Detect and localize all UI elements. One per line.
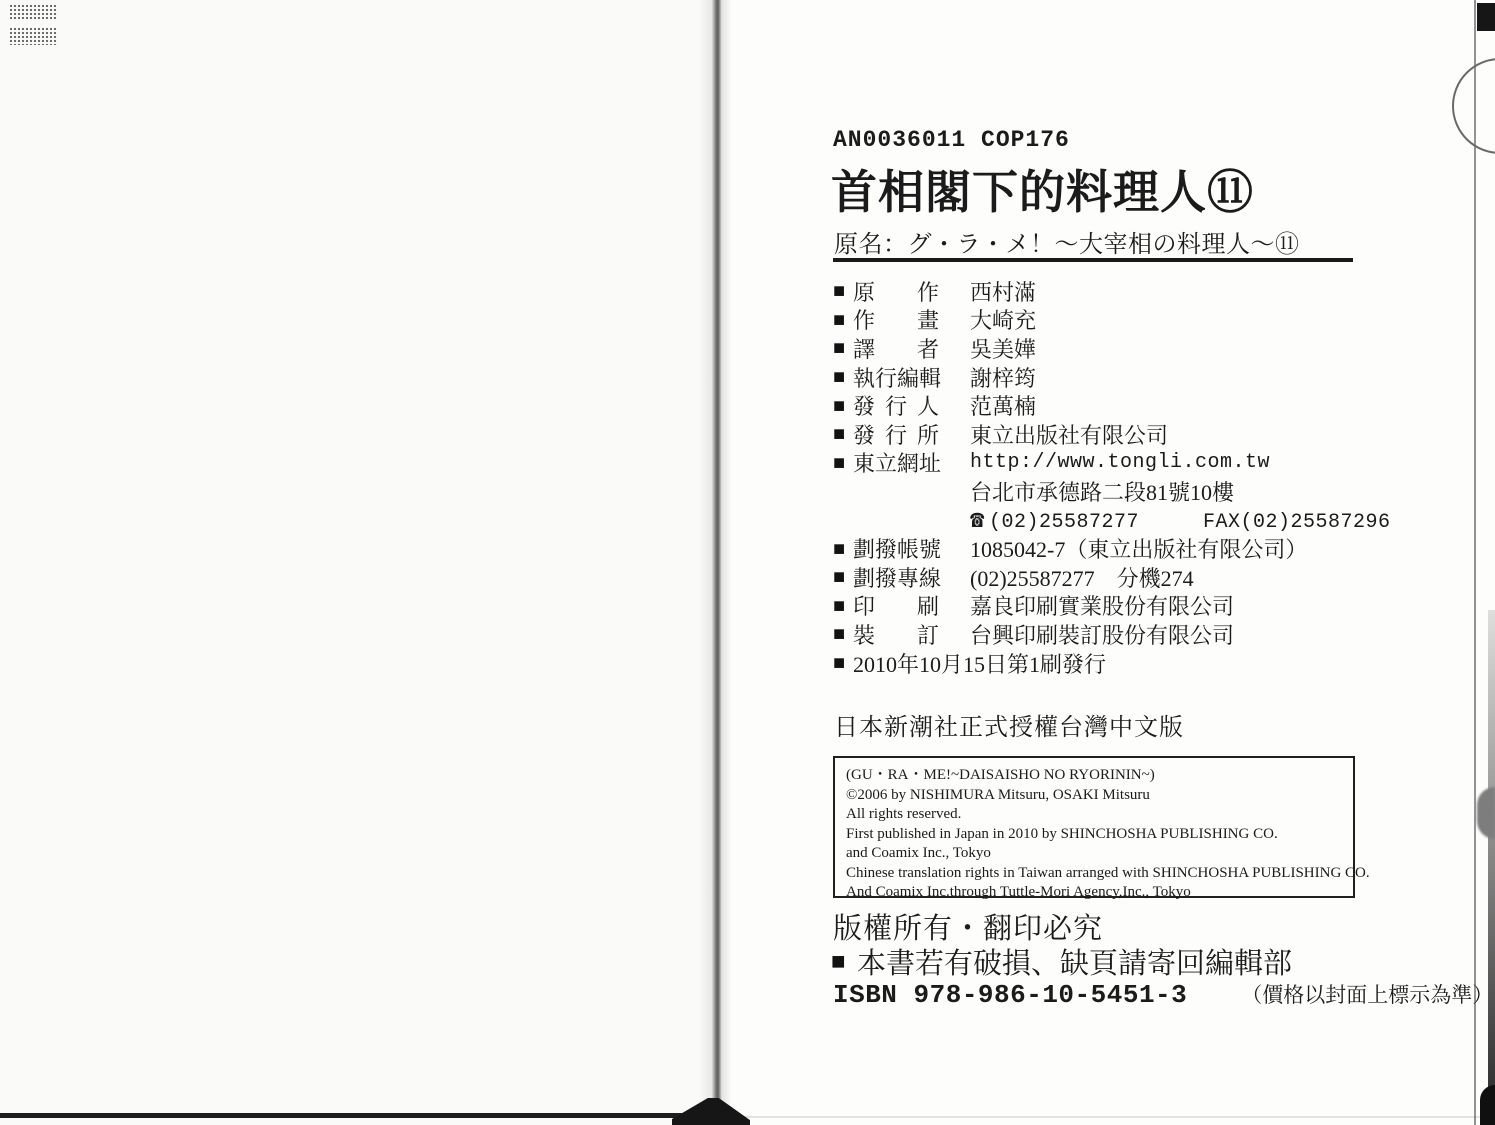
credit-label: 發行所 [853, 419, 939, 450]
credit-row-editor: ■ 執行編輯 謝梓筠 [833, 363, 1391, 392]
credits-list: ■ 原作 西村滿 ■ 作畫 大崎充 ■ 譯者 吳美嬅 ■ 執行編輯 謝梓筠 ■ … [833, 277, 1391, 677]
license-statement: 日本新潮社正式授權台灣中文版 [834, 707, 1184, 742]
square-bullet-icon: ■ [833, 396, 853, 416]
credit-row-translator: ■ 譯者 吳美嬅 [833, 334, 1391, 363]
page-edge-line [1474, 0, 1476, 1125]
bottom-right-corner-shadow [1480, 1085, 1495, 1125]
credit-row-publisher-person: ■ 發行人 范萬楠 [833, 391, 1391, 420]
credit-row-telephone: ■ ☎(02)25587277FAX(02)25587296 [833, 506, 1391, 535]
print-date: 2010年10月15日第1刷發行 [853, 648, 1106, 679]
credit-row-binder: ■ 裝訂 台興印刷裝訂股份有限公司 [833, 620, 1391, 649]
credit-row-postal-account: ■ 劃撥帳號 1085042-7（東立出版社有限公司） [833, 534, 1391, 563]
damage-return-text: 本書若有破損、缺頁請寄回編輯部 [857, 941, 1292, 982]
credit-value: 吳美嬅 [970, 333, 1036, 364]
isbn-row: ISBN 978-986-10-5451-3 （價格以封面上標示為準） [833, 979, 1493, 1010]
title-divider [833, 258, 1353, 262]
price-note: （價格以封面上標示為準） [1241, 979, 1493, 1009]
square-bullet-icon: ■ [833, 367, 853, 387]
square-bullet-icon: ■ [833, 453, 853, 473]
book-title: 首相閣下的料理人⑪ [831, 156, 1254, 222]
credit-row-original-author: ■ 原作 西村滿 [833, 277, 1391, 306]
credit-label: 發行人 [853, 390, 939, 421]
credit-row-address: ■ 台北市承德路二段81號10樓 [833, 477, 1391, 506]
credit-row-print-date: ■ 2010年10月15日第1刷發行 [833, 649, 1391, 678]
credit-label: 譯者 [853, 333, 939, 364]
bottom-page-shadow [0, 1113, 718, 1118]
publisher-url: http://www.tongli.com.tw [970, 451, 1270, 474]
rights-line: and Coamix Inc., Tokyo [846, 844, 1342, 864]
credit-label: 劃撥帳號 [853, 533, 939, 564]
page-edge-bump [1477, 787, 1495, 839]
bottom-page-shadow-faint [744, 1116, 1486, 1118]
telephone-icon: ☎ [970, 508, 985, 535]
damage-return-notice: ■ 本書若有破損、缺頁請寄回編輯部 [831, 941, 1292, 982]
square-bullet-icon: ■ [833, 596, 853, 616]
credit-value: 東立出版社有限公司 [970, 419, 1168, 450]
credit-value: 嘉良印刷實業股份有限公司 [970, 590, 1234, 621]
phone-number: (02)25587277 [989, 511, 1139, 534]
page-edge-shadow [1488, 610, 1495, 1125]
isbn-number: ISBN 978-986-10-5451-3 [833, 980, 1187, 1010]
square-bullet-icon: ■ [833, 539, 853, 559]
credit-value: (02)25587277 分機274 [970, 562, 1194, 593]
rights-line: All rights reserved. [846, 805, 1342, 825]
credit-label: 裝訂 [853, 619, 939, 650]
rights-line: Chinese translation rights in Taiwan arr… [846, 864, 1342, 884]
credit-value: 大崎充 [970, 304, 1036, 335]
square-bullet-icon: ■ [833, 567, 853, 587]
halftone-mark-icon [9, 27, 58, 45]
scan-corner-mark [1477, 3, 1495, 31]
credit-row-printer: ■ 印刷 嘉良印刷實業股份有限公司 [833, 592, 1391, 621]
credit-value: 謝梓筠 [970, 362, 1036, 393]
publisher-address: 台北市承德路二段81號10樓 [970, 476, 1234, 507]
original-title: 原名：グ・ラ・メ！～大宰相の料理人～⑪ [834, 224, 1300, 259]
catalog-code: AN0036011 COP176 [833, 127, 1070, 153]
rights-line: First published in Japan in 2010 by SHIN… [846, 825, 1342, 845]
credit-label: 執行編輯 [853, 362, 939, 393]
credit-label: 印刷 [853, 590, 939, 621]
halftone-mark-icon [9, 4, 58, 20]
credit-label: 原作 [853, 276, 939, 307]
book-gutter-shadow [698, 0, 732, 1125]
credit-row-artist: ■ 作畫 大崎充 [833, 306, 1391, 335]
rights-box: (GU・RA・ME!~DAISAISHO NO RYORININ~) ©2006… [833, 756, 1355, 898]
credit-value: 范萬楠 [970, 390, 1036, 421]
credit-value: 台興印刷裝訂股份有限公司 [970, 619, 1234, 650]
credit-row-postal-hotline: ■ 劃撥專線 (02)25587277 分機274 [833, 563, 1391, 592]
credit-value: 西村滿 [970, 276, 1036, 307]
phone-fax-line: ☎(02)25587277FAX(02)25587296 [970, 505, 1391, 535]
square-bullet-icon: ■ [833, 338, 853, 358]
square-bullet-icon: ■ [833, 424, 853, 444]
square-bullet-icon: ■ [833, 281, 853, 301]
credit-label: 作畫 [853, 304, 939, 335]
square-bullet-icon: ■ [831, 950, 857, 974]
credit-row-website: ■ 東立網址 http://www.tongli.com.tw [833, 449, 1391, 478]
credit-label: 東立網址 [853, 447, 939, 478]
square-bullet-icon: ■ [833, 624, 853, 644]
rights-line: ©2006 by NISHIMURA Mitsuru, OSAKI Mitsur… [846, 786, 1342, 806]
manga-colophon-scan: AN0036011 COP176 首相閣下的料理人⑪ 原名：グ・ラ・メ！～大宰相… [0, 0, 1495, 1125]
credit-row-publishing-house: ■ 發行所 東立出版社有限公司 [833, 420, 1391, 449]
left-page [0, 0, 716, 1125]
credit-value: 1085042-7（東立出版社有限公司） [970, 533, 1307, 564]
square-bullet-icon: ■ [833, 653, 853, 673]
rights-line: (GU・RA・ME!~DAISAISHO NO RYORININ~) [846, 766, 1342, 786]
credit-label: 劃撥專線 [853, 562, 939, 593]
rights-line: And Coamix Inc.through Tuttle-Mori Agenc… [846, 883, 1342, 903]
square-bullet-icon: ■ [833, 310, 853, 330]
fax-number: FAX(02)25587296 [1203, 511, 1391, 534]
